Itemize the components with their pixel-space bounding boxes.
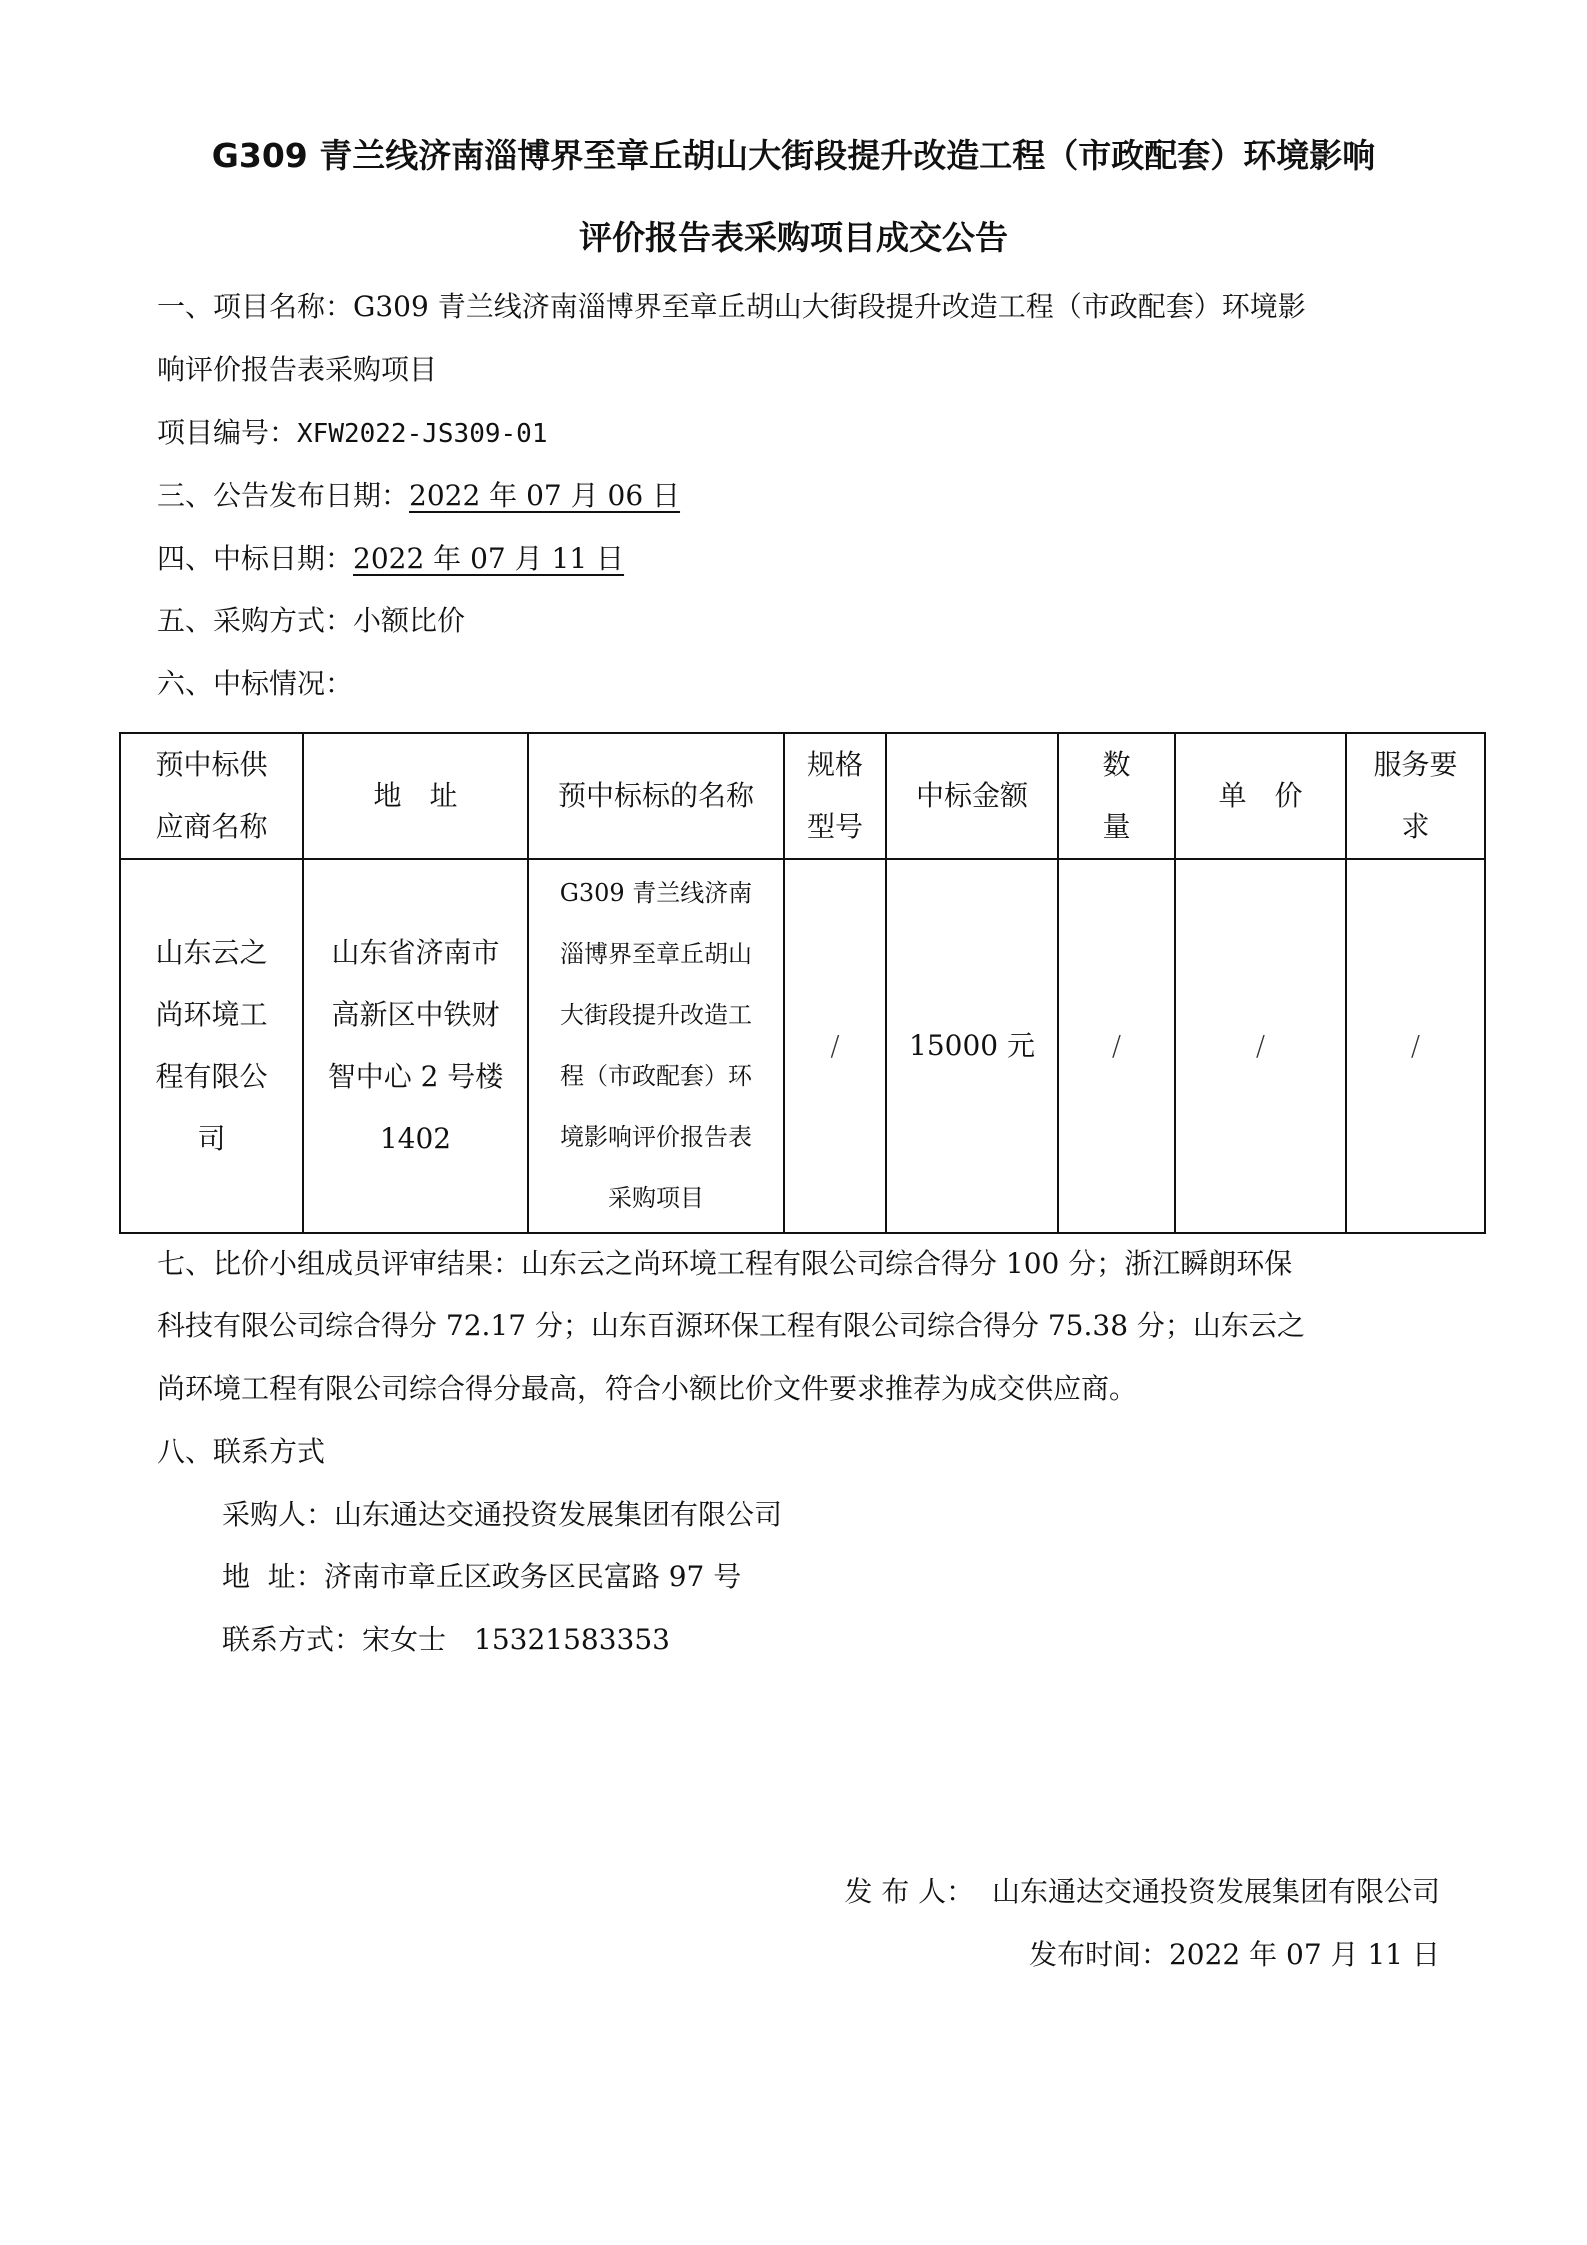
publish-time-value: 2022 年 07 月 11 日	[1169, 1938, 1440, 1971]
publisher: 发 布 人： 山东通达交通投资发展集团有限公司	[844, 1872, 1440, 1912]
table-row: 山东云之 尚环境工 程有限公 司 山东省济南市 高新区中铁财 智中心 2 号楼 …	[120, 859, 1485, 1233]
header-service: 服务要求	[1346, 733, 1485, 859]
cell-amount: 15000 元	[886, 859, 1058, 1233]
purchaser-value: 山东通达交通投资发展集团有限公司	[334, 1498, 782, 1531]
review-result-line-1: 七、比价小组成员评审结果：山东云之尚环境工程有限公司综合得分 100 分；浙江瞬…	[157, 1244, 1292, 1284]
award-date: 四、中标日期：2022 年 07 月 11 日	[157, 539, 624, 579]
cell-item-name: G309 青兰线济南 淄博界至章丘胡山 大街段提升改造工 程（市政配套）环 境影…	[528, 859, 784, 1233]
address-label: 地 址：	[222, 1560, 324, 1593]
cell-spec: /	[784, 859, 886, 1233]
cell-quantity: /	[1058, 859, 1175, 1233]
contact: 联系方式：宋女士 15321583353	[222, 1620, 670, 1660]
header-supplier: 预中标供应商名称	[120, 733, 303, 859]
address-value: 济南市章丘区政务区民富路 97 号	[324, 1560, 741, 1593]
review-result-line-3: 尚环境工程有限公司综合得分最高，符合小额比价文件要求推荐为成交供应商。	[157, 1369, 1137, 1409]
header-item-name: 预中标标的名称	[528, 733, 784, 859]
document-title-line-1: G309 青兰线济南淄博界至章丘胡山大街段提升改造工程（市政配套）环境影响	[0, 130, 1587, 177]
review-result-line-2: 科技有限公司综合得分 72.17 分；山东百源环保工程有限公司综合得分 75.3…	[157, 1306, 1305, 1346]
cell-address: 山东省济南市 高新区中铁财 智中心 2 号楼 1402	[303, 859, 528, 1233]
cell-unit-price: /	[1175, 859, 1346, 1233]
purchaser-label: 采购人：	[222, 1498, 334, 1531]
purchaser: 采购人：山东通达交通投资发展集团有限公司	[222, 1495, 782, 1535]
project-number: 项目编号：XFW2022-JS309-01	[157, 413, 547, 454]
project-number-label: 项目编号：	[157, 416, 297, 449]
publish-time-label: 发布时间：	[1029, 1938, 1169, 1971]
procurement-method-value: 小额比价	[353, 604, 465, 637]
contact-heading: 八、联系方式	[157, 1432, 325, 1472]
cell-service: /	[1346, 859, 1485, 1233]
document-title-line-2: 评价报告表采购项目成交公告	[0, 212, 1587, 259]
announce-date-label: 三、公告发布日期：	[157, 479, 409, 512]
project-name-line-2: 响评价报告表采购项目	[157, 350, 437, 390]
announce-date-value: 2022 年 07 月 06 日	[409, 479, 680, 512]
procurement-method: 五、采购方式：小额比价	[157, 601, 465, 641]
publish-time: 发布时间：2022 年 07 月 11 日	[1029, 1935, 1440, 1975]
project-name-line-1: 一、项目名称：G309 青兰线济南淄博界至章丘胡山大街段提升改造工程（市政配套）…	[157, 287, 1306, 327]
award-status-heading: 六、中标情况：	[157, 664, 353, 704]
contact-value: 宋女士 15321583353	[362, 1623, 670, 1656]
cell-supplier: 山东云之 尚环境工 程有限公 司	[120, 859, 303, 1233]
header-amount: 中标金额	[886, 733, 1058, 859]
award-date-label: 四、中标日期：	[157, 542, 353, 575]
header-spec: 规格型号	[784, 733, 886, 859]
procurement-method-label: 五、采购方式：	[157, 604, 353, 637]
purchaser-address: 地 址：济南市章丘区政务区民富路 97 号	[222, 1557, 741, 1597]
award-date-value: 2022 年 07 月 11 日	[353, 542, 624, 575]
table-header-row: 预中标供应商名称 地 址 预中标标的名称 规格型号 中标金额 数量 单 价 服务…	[120, 733, 1485, 859]
header-unit-price: 单 价	[1175, 733, 1346, 859]
award-table: 预中标供应商名称 地 址 预中标标的名称 规格型号 中标金额 数量 单 价 服务…	[119, 732, 1486, 1234]
announce-date: 三、公告发布日期：2022 年 07 月 06 日	[157, 476, 680, 516]
header-address: 地 址	[303, 733, 528, 859]
contact-label: 联系方式：	[222, 1623, 362, 1656]
publisher-label: 发 布 人：	[844, 1875, 974, 1908]
project-number-value: XFW2022-JS309-01	[297, 419, 547, 449]
publisher-value: 山东通达交通投资发展集团有限公司	[992, 1875, 1440, 1908]
header-quantity: 数量	[1058, 733, 1175, 859]
